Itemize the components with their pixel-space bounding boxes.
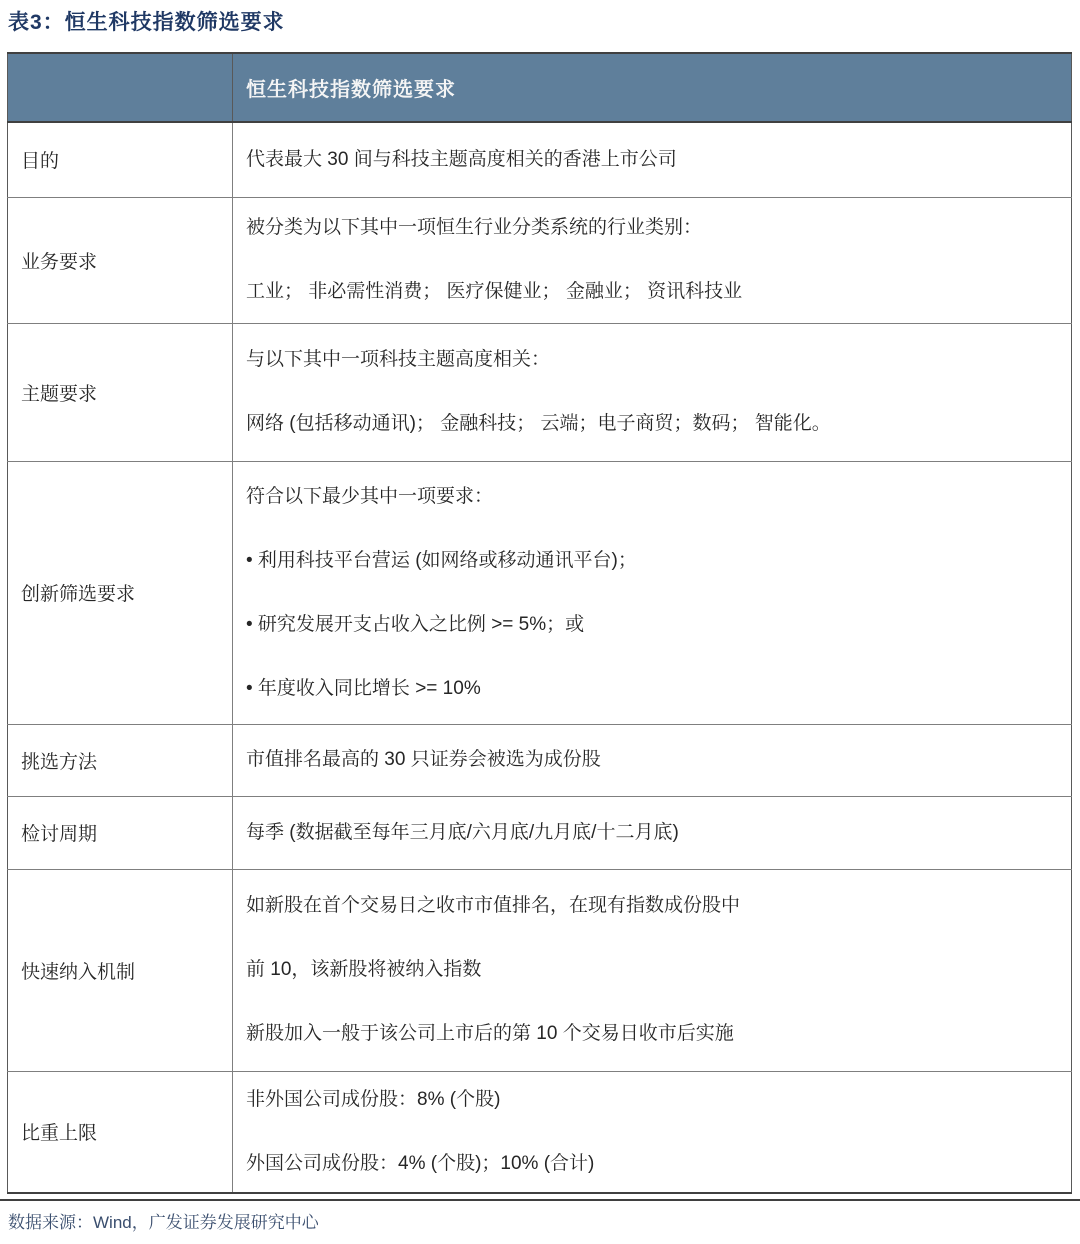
table-row: 比重上限 非外国公司成份股：8% (个股) 外国公司成份股：4% (个股)；10… [8, 1071, 1072, 1193]
row-content: 市值排名最高的 30 只证券会被选为成份股 [233, 724, 1072, 796]
cell-paragraph: 被分类为以下其中一项恒生行业分类系统的行业类别： [246, 215, 1061, 241]
header-criteria-cell: 恒生科技指数筛选要求 [233, 53, 1072, 122]
cell-paragraph bullet-item: • 利用科技平台营运 (如网络或移动通讯平台)； [246, 548, 1061, 574]
data-source: 数据来源：Wind，广发证券发展研究中心 [8, 1208, 319, 1233]
row-content: 代表最大 30 间与科技主题高度相关的香港上市公司 [233, 122, 1072, 197]
row-label: 快速纳入机制 [8, 869, 233, 1071]
cell-paragraph: 非外国公司成份股：8% (个股) [246, 1087, 1061, 1113]
cell-paragraph: 外国公司成份股：4% (个股)；10% (合计) [246, 1151, 1061, 1177]
row-content: 被分类为以下其中一项恒生行业分类系统的行业类别： 工业； 非必需性消费； 医疗保… [233, 197, 1072, 323]
row-content: 非外国公司成份股：8% (个股) 外国公司成份股：4% (个股)；10% (合计… [233, 1071, 1072, 1193]
table-row: 主题要求 与以下其中一项科技主题高度相关： 网络 (包括移动通讯)； 金融科技；… [8, 323, 1072, 461]
cell-paragraph: 市值排名最高的 30 只证券会被选为成份股 [246, 747, 1061, 773]
row-label: 主题要求 [8, 323, 233, 461]
cell-paragraph: 与以下其中一项科技主题高度相关： [246, 347, 1061, 373]
hstech-screening-table: 恒生科技指数筛选要求 目的 代表最大 30 间与科技主题高度相关的香港上市公司 … [7, 52, 1072, 1194]
table-row: 快速纳入机制 如新股在首个交易日之收市市值排名，在现有指数成份股中 前 10，该… [8, 869, 1072, 1071]
table-row: 业务要求 被分类为以下其中一项恒生行业分类系统的行业类别： 工业； 非必需性消费… [8, 197, 1072, 323]
row-label: 挑选方法 [8, 724, 233, 796]
cell-paragraph bullet-item: • 年度收入同比增长 >= 10% [246, 676, 1061, 702]
row-label: 目的 [8, 122, 233, 197]
cell-paragraph bullet-item: • 研究发展开支占收入之比例 >= 5%；或 [246, 612, 1061, 638]
row-label: 业务要求 [8, 197, 233, 323]
cell-paragraph: 如新股在首个交易日之收市市值排名，在现有指数成份股中 [246, 893, 1061, 919]
cell-paragraph: 工业； 非必需性消费； 医疗保健业； 金融业； 资讯科技业 [246, 279, 1061, 305]
table-row: 目的 代表最大 30 间与科技主题高度相关的香港上市公司 [8, 122, 1072, 197]
row-label: 创新筛选要求 [8, 461, 233, 724]
row-label: 检讨周期 [8, 796, 233, 869]
header-empty-cell [8, 53, 233, 122]
table-header-row: 恒生科技指数筛选要求 [8, 53, 1072, 122]
footer-divider [0, 1199, 1080, 1201]
cell-paragraph: 符合以下最少其中一项要求： [246, 484, 1061, 510]
cell-paragraph: 前 10，该新股将被纳入指数 [246, 957, 1061, 983]
table-row: 挑选方法 市值排名最高的 30 只证券会被选为成份股 [8, 724, 1072, 796]
row-content: 与以下其中一项科技主题高度相关： 网络 (包括移动通讯)； 金融科技； 云端；电… [233, 323, 1072, 461]
row-label: 比重上限 [8, 1071, 233, 1193]
table-row: 创新筛选要求 符合以下最少其中一项要求： • 利用科技平台营运 (如网络或移动通… [8, 461, 1072, 724]
cell-paragraph: 新股加入一般于该公司上市后的第 10 个交易日收市后实施 [246, 1021, 1061, 1047]
cell-paragraph: 每季 (数据截至每年三月底/六月底/九月底/十二月底) [246, 820, 1061, 846]
row-content: 每季 (数据截至每年三月底/六月底/九月底/十二月底) [233, 796, 1072, 869]
cell-paragraph: 网络 (包括移动通讯)； 金融科技； 云端；电子商贸；数码； 智能化。 [246, 411, 1061, 437]
table-row: 检讨周期 每季 (数据截至每年三月底/六月底/九月底/十二月底) [8, 796, 1072, 869]
row-content: 如新股在首个交易日之收市市值排名，在现有指数成份股中 前 10，该新股将被纳入指… [233, 869, 1072, 1071]
cell-paragraph: 代表最大 30 间与科技主题高度相关的香港上市公司 [246, 147, 1061, 173]
row-content: 符合以下最少其中一项要求： • 利用科技平台营运 (如网络或移动通讯平台)； •… [233, 461, 1072, 724]
table-caption: 表3：恒生科技指数筛选要求 [8, 6, 285, 36]
